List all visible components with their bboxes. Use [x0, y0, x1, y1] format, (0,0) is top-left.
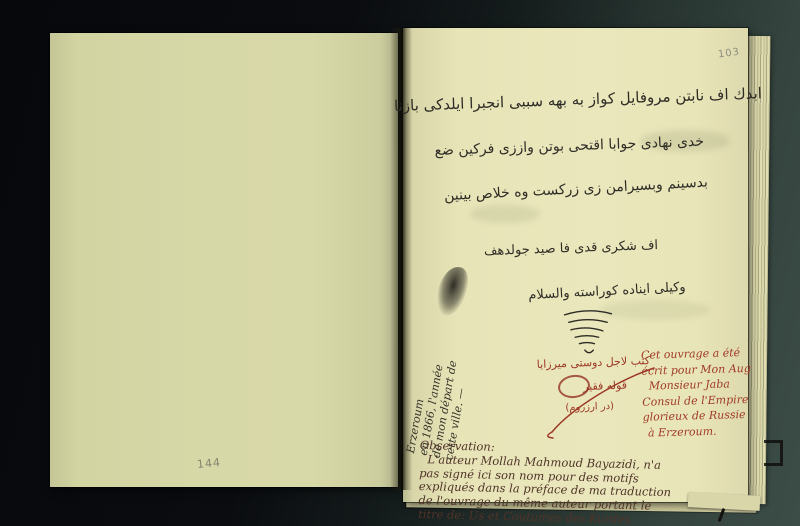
red-dedication-arabic-line: (در ارزروم) [550, 401, 614, 414]
left-blank-page [50, 33, 398, 487]
observation-note: Observation: L'auteur Mollah Mahmoud Bay… [418, 439, 770, 526]
pencil-folio-number-left: 144 [196, 456, 221, 471]
red-dedication-french: Cet ouvrage a été écrit pour Mon Aug Mon… [641, 344, 773, 440]
scanned-manuscript-photo: 103 144 ابدك اف نابتن مروفايل كواز به به… [0, 0, 800, 526]
